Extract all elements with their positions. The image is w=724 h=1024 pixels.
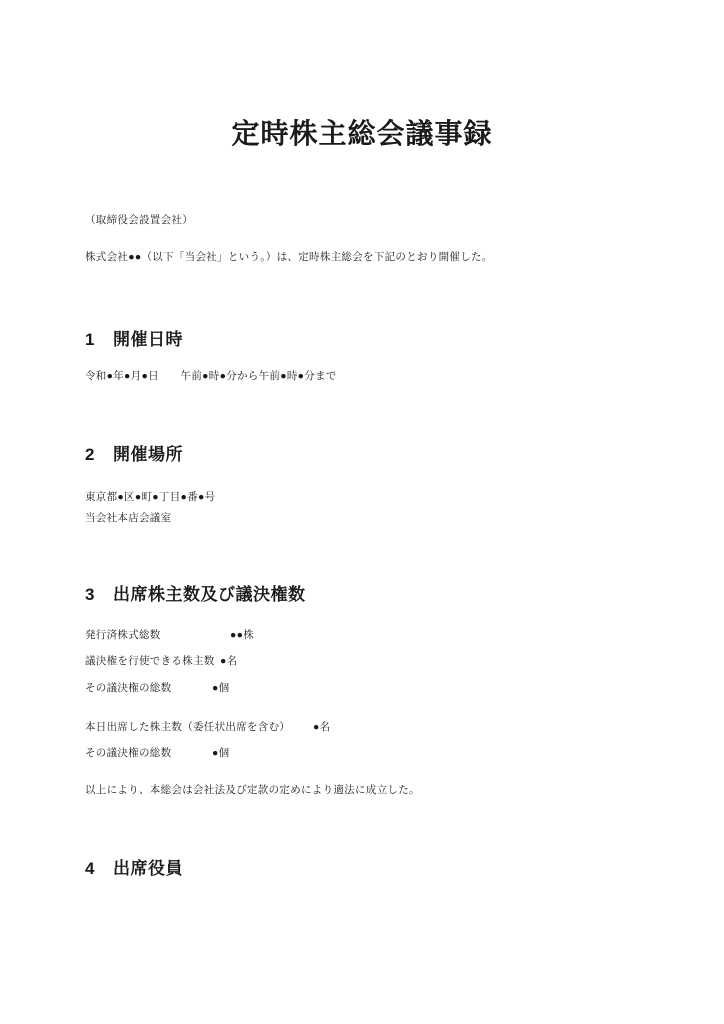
stat-row-attending-voting-rights: その議決権の総数 ●個 xyxy=(85,746,684,760)
meeting-address: 東京都●区●町●丁目●番●号 xyxy=(85,490,684,504)
stat-value: ●名 xyxy=(313,720,330,734)
stat-row-voting-shareholders: 議決権を行使できる株主数 ●名 xyxy=(85,654,684,668)
document-page: 定時株主総会議事録 （取締役会設置会社） 株式会社●●（以下「当会社」という。）… xyxy=(0,0,724,1024)
section-2-number: 2 xyxy=(85,444,113,466)
section-1-heading: 1 開催日時 xyxy=(85,329,684,351)
section-4-number: 4 xyxy=(85,858,113,880)
company-type-note: （取締役会設置会社） xyxy=(85,213,684,227)
stat-row-total-voting-rights: その議決権の総数 ●個 xyxy=(85,681,684,695)
stat-row-attending-shareholders: 本日出席した株主数（委任状出席を含む） ●名 xyxy=(85,720,684,734)
section-3-number: 3 xyxy=(85,584,113,606)
section-3-heading: 3 出席株主数及び議決権数 xyxy=(85,584,684,606)
meeting-datetime: 令和●年●月●日 午前●時●分から午前●時●分まで xyxy=(85,369,684,383)
stat-value: ●個 xyxy=(212,681,229,695)
section-1-title: 開催日時 xyxy=(113,329,183,351)
document-body: （取締役会設置会社） 株式会社●●（以下「当会社」という。）は、定時株主総会を下… xyxy=(0,213,724,880)
stat-value: ●名 xyxy=(220,654,237,668)
section-3-title: 出席株主数及び議決権数 xyxy=(113,584,306,606)
section-2-title: 開催場所 xyxy=(113,444,183,466)
stat-row-issued-shares: 発行済株式総数 ●●株 xyxy=(85,628,684,642)
section-4-title: 出席役員 xyxy=(113,858,183,880)
opening-statement: 株式会社●●（以下「当会社」という。）は、定時株主総会を下記のとおり開催した。 xyxy=(85,250,684,264)
stat-label: その議決権の総数 xyxy=(85,746,212,760)
meeting-venue: 当会社本店会議室 xyxy=(85,511,684,525)
document-title: 定時株主総会議事録 xyxy=(0,0,724,151)
section-4-heading: 4 出席役員 xyxy=(85,858,684,880)
stat-label: その議決権の総数 xyxy=(85,681,212,695)
stat-label: 議決権を行使できる株主数 xyxy=(85,654,220,668)
stat-value: ●●株 xyxy=(230,628,254,642)
stat-label: 発行済株式総数 xyxy=(85,628,230,642)
section-2-heading: 2 開催場所 xyxy=(85,444,684,466)
section-1-number: 1 xyxy=(85,329,113,351)
validity-statement: 以上により、本総会は会社法及び定款の定めにより適法に成立した。 xyxy=(85,783,684,797)
stat-label: 本日出席した株主数（委任状出席を含む） xyxy=(85,720,313,734)
stat-value: ●個 xyxy=(212,746,229,760)
